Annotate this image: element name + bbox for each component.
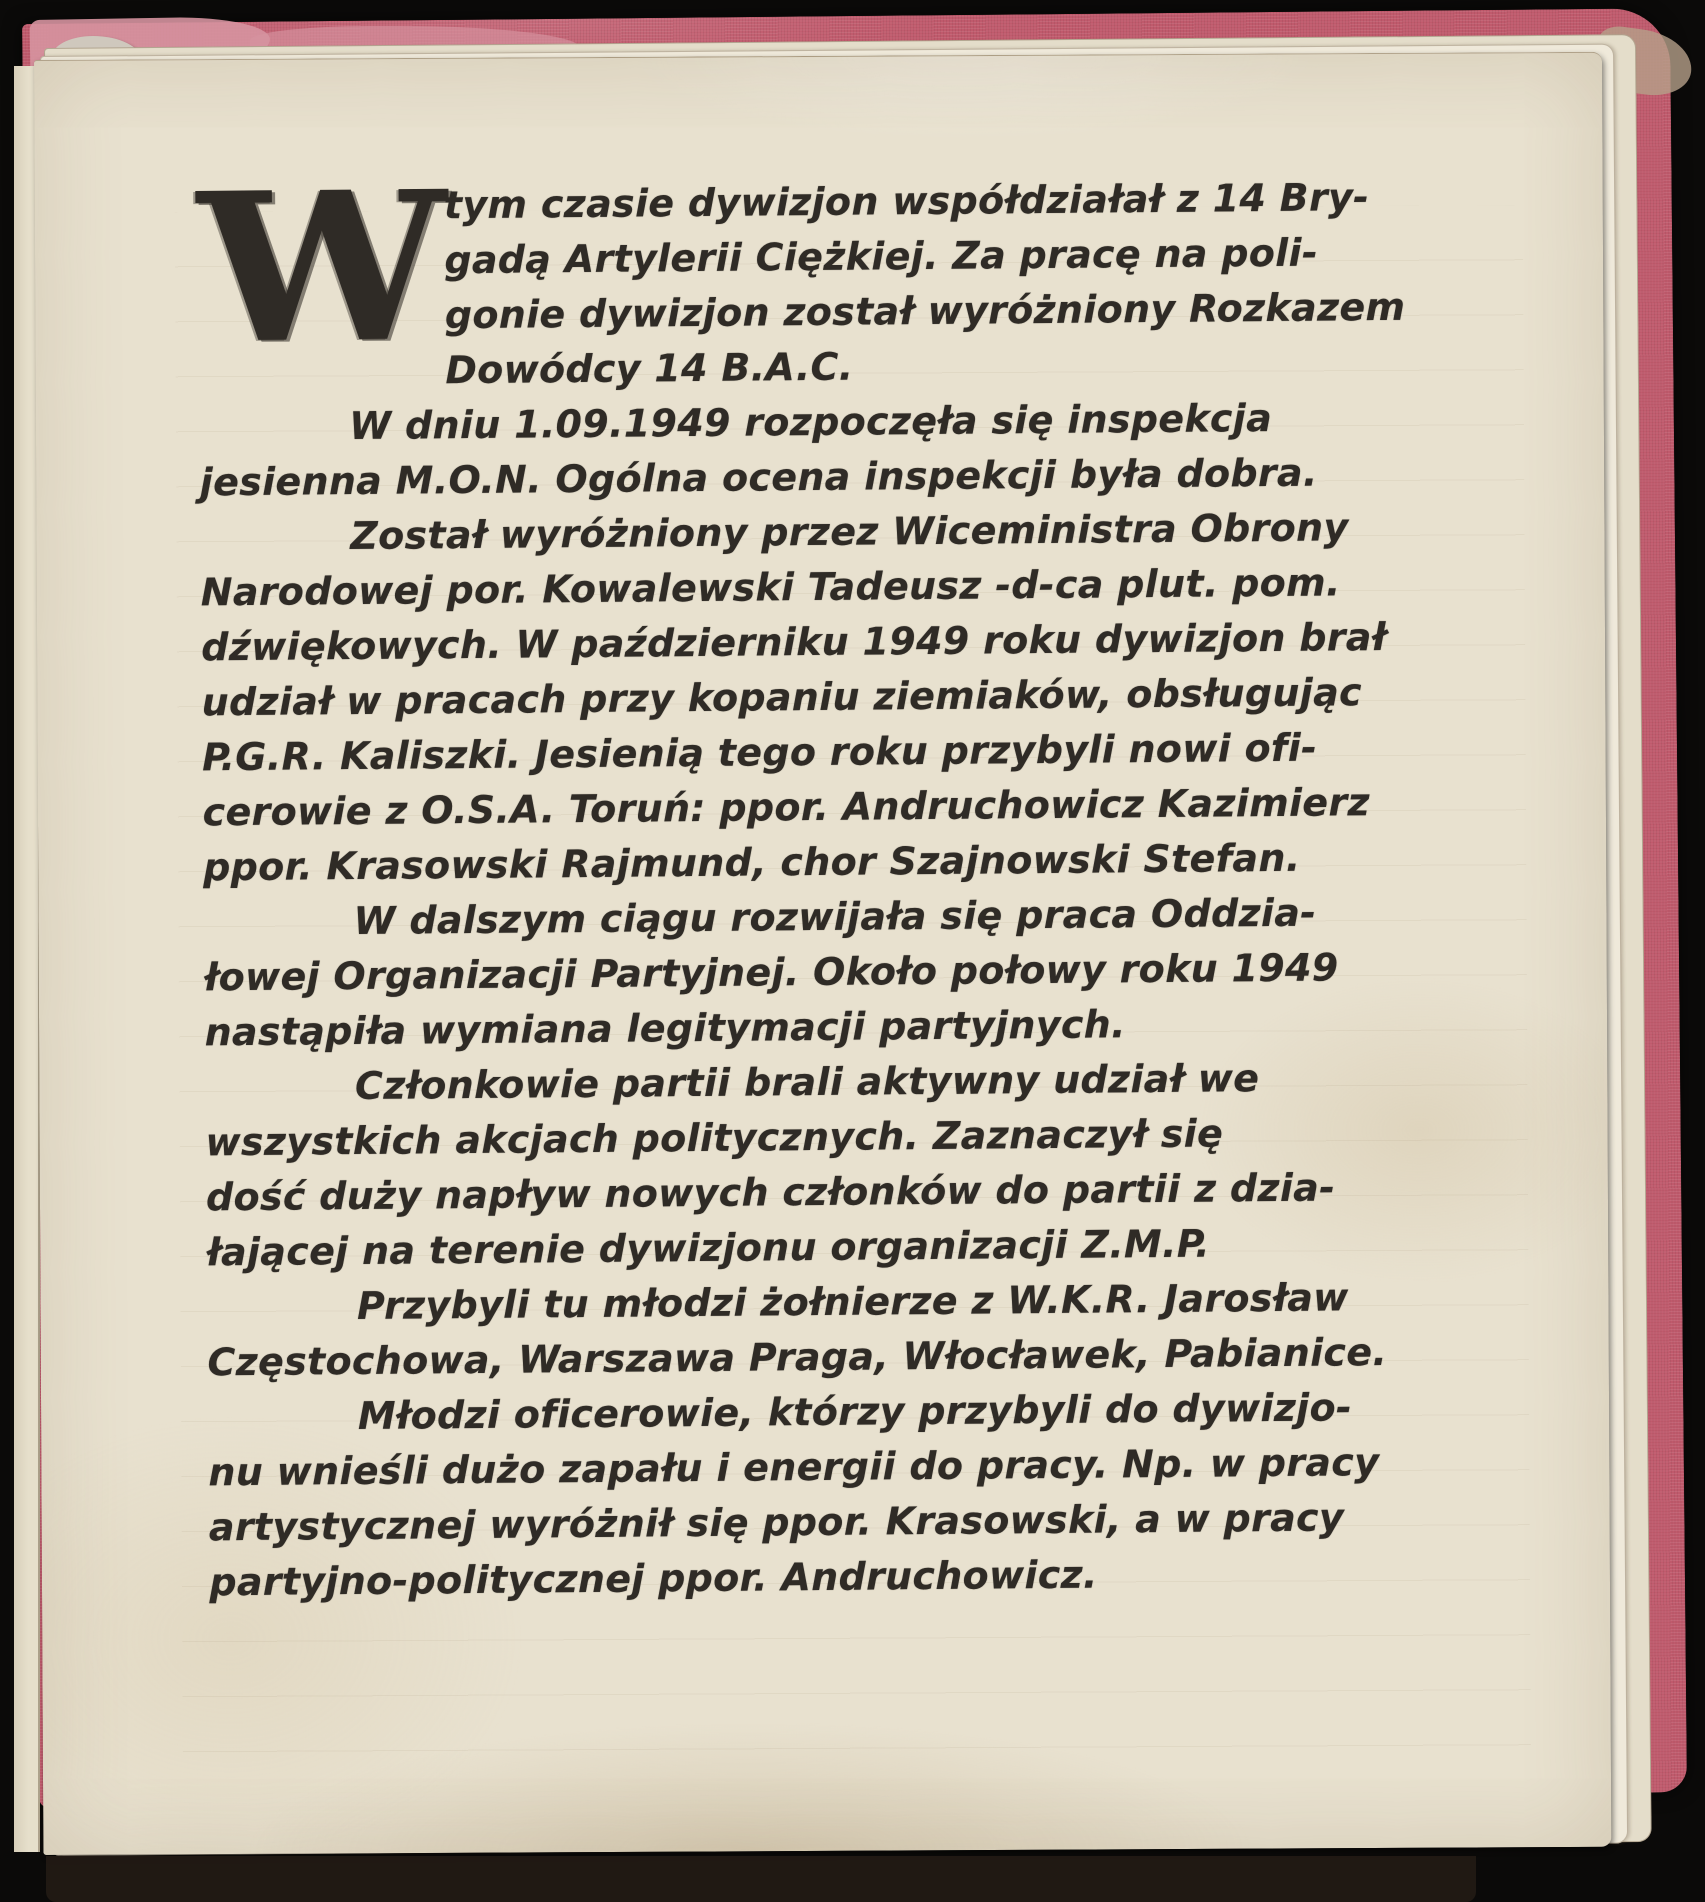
handwritten-text-line: Został wyróżniony przez Wiceministra Obr… <box>350 499 1470 564</box>
handwritten-text-line: artystycznej wyróżnił się ppor. Krasowsk… <box>209 1489 1479 1555</box>
handwritten-text-line: Członkowie partii brali aktywny udział w… <box>355 1049 1475 1114</box>
handwritten-text-line: partyjno-politycznej ppor. Andruchowicz. <box>209 1544 1479 1610</box>
handwritten-text-line: łowej Organizacji Partyjnej. Około połow… <box>204 939 1474 1005</box>
book-bottom-shadow <box>46 1856 1476 1902</box>
handwritten-text-line: W dalszym ciągu rozwijała się praca Oddz… <box>353 884 1473 949</box>
handwritten-text-block: W tym czasie dywizjon współdziałał z 14 … <box>197 169 1479 1610</box>
chronicle-photo-scene: W tym czasie dywizjon współdziałał z 14 … <box>0 0 1705 1902</box>
handwritten-text-line: dość duży napływ nowych członków do part… <box>206 1159 1476 1225</box>
handwritten-text-line: Przybyli tu młodzi żołnierze z W.K.R. Ja… <box>357 1269 1477 1334</box>
drop-cap-initial: W <box>197 188 447 348</box>
document-page: W tym czasie dywizjon współdziałał z 14 … <box>34 52 1611 1855</box>
handwritten-text-line: W dniu 1.09.1949 rozpoczęła się inspekcj… <box>349 389 1469 454</box>
handwritten-text-line: Młodzi oficerowie, którzy przybyli do dy… <box>358 1379 1478 1444</box>
